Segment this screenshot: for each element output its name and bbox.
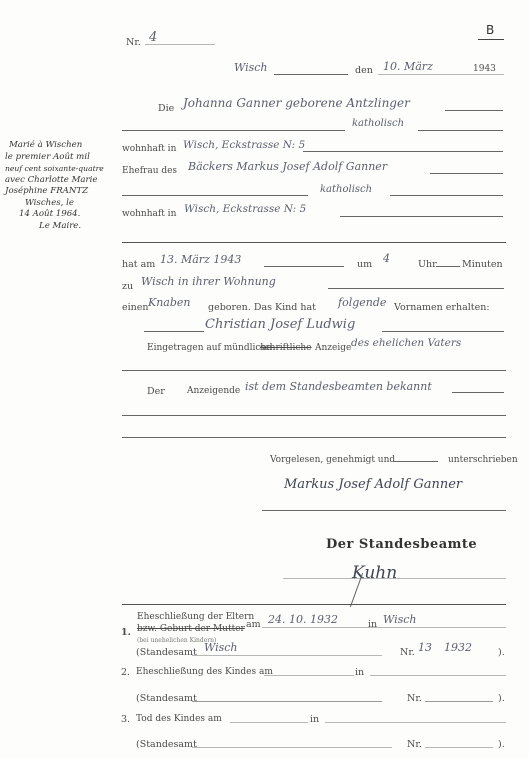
record-number: 4 [149, 30, 157, 45]
annotation-2-place-line [370, 675, 506, 676]
number-line [145, 44, 215, 45]
margin-note-line: 14 Août 1964. [5, 209, 123, 221]
read-label: Vorgelesen, genehmigt und [270, 455, 395, 465]
birth-place-line [328, 288, 504, 289]
annotation-2-close: ). [498, 693, 505, 704]
mother-religion: katholisch [352, 118, 404, 129]
birth-minutes-line [436, 266, 460, 267]
father-religion-line [390, 195, 503, 196]
annotation-3-number: 3. [121, 714, 130, 725]
annotation-1-office-line [192, 655, 382, 656]
read-line [393, 461, 438, 462]
date-prefix: den [355, 65, 373, 76]
annotation-1-place: Wisch [383, 613, 417, 626]
given-names: Christian Josef Ludwig [205, 317, 355, 332]
date: 10. März [383, 60, 433, 73]
margin-note-line: le premier Août mil [5, 152, 123, 164]
margin-note-line: Le Maire. [5, 221, 123, 233]
informant-prefix: Der [147, 386, 165, 397]
signed-label: unterschrieben [448, 455, 518, 465]
annotation-3-in-label: in [310, 714, 319, 725]
child-gender: Knaben [148, 296, 191, 309]
mother-prefix: Die [158, 103, 174, 114]
birth-date-label: hat am [122, 259, 155, 270]
annotation-3-office-line [192, 747, 392, 748]
father-religion-prefix-line [122, 195, 308, 196]
birth-place-label: zu [122, 281, 133, 292]
father-religion: katholisch [320, 184, 372, 195]
father-name: Bäckers Markus Josef Adolf Ganner [188, 160, 387, 173]
annotation-3-nr-line [425, 747, 493, 748]
section-divider [122, 242, 506, 243]
father-name-line [430, 173, 503, 174]
given-names-line-right [382, 331, 504, 332]
margin-note: Marié à Wischen le premier Août mil neuf… [5, 140, 123, 232]
mother-residence-line [303, 151, 503, 152]
annotation-1-office-label: (Standesamt [136, 647, 197, 658]
annotation-2-nr-line [425, 701, 493, 702]
mother-name: Johanna Ganner geborene Antzlinger [183, 96, 410, 110]
informant-label: Anzeigende [187, 386, 240, 396]
annotation-3-office-label: (Standesamt [136, 739, 197, 750]
mother-residence: Wisch, Eckstrasse N: 5 [183, 139, 305, 151]
birth-date: 13. März 1943 [160, 253, 241, 266]
father-label: Ehefrau des [122, 166, 177, 176]
annotation-2-in-label: in [355, 667, 364, 678]
father-residence-label: wohnhaft in [122, 209, 176, 219]
place: Wisch [234, 61, 268, 74]
annotation-1-line1: Eheschließung der Eltern [137, 612, 254, 622]
annotation-1-am-label: am [246, 619, 261, 630]
annotation-2-number: 2. [121, 667, 130, 678]
blank-line-1 [122, 415, 506, 416]
father-residence: Wisch, Eckstrasse N: 5 [184, 203, 306, 215]
annotation-3-nr-label: Nr. [407, 739, 422, 750]
form-letter-underline [478, 39, 504, 40]
annotation-1-number: 1. [121, 627, 131, 638]
annotation-1-office: Wisch [204, 641, 238, 654]
birth-hour: 4 [383, 252, 390, 265]
form-letter: B [486, 23, 494, 37]
annotation-1-line [262, 627, 506, 628]
annotation-3-close: ). [498, 739, 505, 750]
given-names-line-left [144, 331, 204, 332]
child-label-prefix: einen [122, 302, 149, 313]
annotation-1-in-label: in [368, 619, 377, 630]
registration-anzeige: Anzeige [315, 343, 351, 353]
mother-residence-label: wohnhaft in [122, 144, 176, 154]
birth-place: Wisch in ihrer Wohnung [141, 275, 276, 288]
birth-hour-label: Uhr [418, 259, 437, 270]
margin-note-line: Wisches, le [5, 198, 123, 210]
annotations-divider [122, 604, 506, 605]
blank-line-2 [122, 437, 506, 438]
annotation-2-office-label: (Standesamt [136, 693, 197, 704]
annotation-1-close: ). [498, 647, 505, 658]
annotation-1-nr-label: Nr. [400, 647, 415, 658]
annotation-3-line1: Tod des Kindes am [136, 714, 222, 724]
mother-name-line [445, 110, 503, 111]
names-word: folgende [338, 296, 386, 309]
annotation-3-place-line [325, 722, 506, 723]
annotation-1-nr-year: 1932 [444, 641, 472, 654]
registrar-title: Der Standesbeamte [326, 537, 477, 552]
birth-um-label: um [357, 259, 372, 270]
annotation-2-nr-label: Nr. [407, 693, 422, 704]
informant-top-line [122, 370, 506, 371]
birth-date-line [264, 266, 344, 267]
annotation-1-line2: bzw. Geburt der Mutter [137, 624, 245, 634]
parent-signature: Markus Josef Adolf Ganner [284, 477, 462, 492]
date-line [378, 74, 504, 75]
margin-note-line: Marié à Wischen [5, 140, 123, 152]
signature-line [262, 510, 506, 511]
margin-note-line: Joséphine FRANTZ [5, 186, 123, 198]
registration-informant: des ehelichen Vaters [351, 337, 461, 349]
child-label-mid: geboren. Das Kind hat [208, 302, 316, 313]
annotation-1-nr-value: 13 [418, 641, 432, 654]
birth-minutes-label: Minuten [462, 259, 503, 270]
place-line [274, 74, 348, 75]
registration-label: Eingetragen auf mündliche [147, 343, 272, 353]
informant-text: ist dem Standesbeamten bekannt [245, 380, 432, 393]
mother-religion-line [418, 130, 503, 131]
father-residence-line [340, 216, 503, 217]
margin-note-line: avec Charlotte Marie [5, 175, 123, 187]
annotation-3-date-line [230, 722, 308, 723]
mother-religion-prefix-line [122, 130, 345, 131]
annotation-1-date: 24. 10. 1932 [268, 613, 338, 626]
annotation-2-line1: Eheschließung des Kindes am [136, 667, 273, 677]
registration-struck: schriftliche [260, 343, 312, 353]
names-label-suffix: Vornamen erhalten: [394, 302, 490, 313]
annotation-2-office-line [192, 701, 382, 702]
registrar-line [283, 578, 506, 579]
number-label: Nr. [126, 37, 141, 48]
margin-note-line: neuf cent soixante-quatre [5, 163, 123, 175]
annotation-2-date-line [264, 675, 354, 676]
informant-line [452, 392, 504, 393]
year: 1943 [473, 64, 496, 74]
